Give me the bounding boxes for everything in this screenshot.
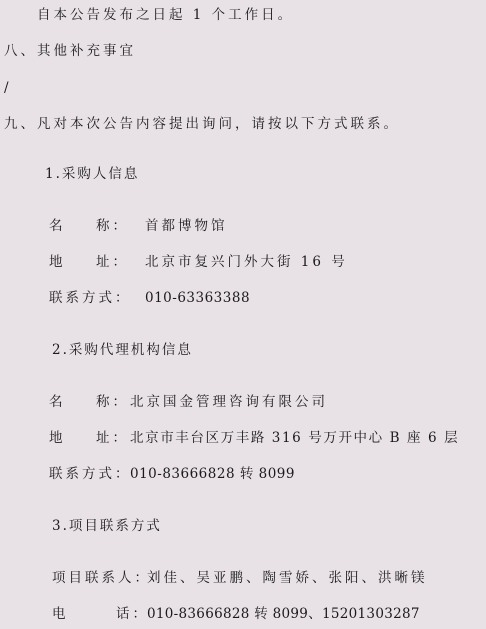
agency-address-label-a: 地 [49,428,96,448]
agency-address-row: 地址：北京市丰台区万丰路 316 号万开中心 B 座 6 层 [49,428,459,448]
agency-name-value: 北京国金管理咨询有限公司 [130,392,328,412]
agency-address-label-b: 址： [96,428,130,448]
purchaser-name-label-a: 名 [49,216,96,236]
project-phone-row: 电话：010-83666828 转 8099、15201303287 [52,604,420,624]
agency-name-label-b: 称： [96,392,130,412]
section-8-heading: 八、其他补充事宜 [4,41,136,61]
agency-address-value: 北京市丰台区万丰路 316 号万开中心 B 座 6 层 [130,428,459,448]
purchaser-contact-label: 联系方式： [49,288,145,308]
agency-contact-value: 010-83666828 转 8099 [130,464,295,484]
section-9-heading: 九、凡对本次公告内容提出询问，请按以下方式联系。 [4,114,400,134]
project-persons-label: 项目联系人： [52,568,147,588]
purchaser-contact-row: 联系方式：010-63363388 [49,288,250,308]
project-phone-label-b: 话： [116,604,147,624]
purchaser-name-label-b: 称： [96,216,145,236]
agency-contact-label: 联系方式： [49,464,130,484]
section-8-content: / [4,78,9,98]
project-contact-title: 3.项目联系方式 [52,516,162,536]
purchaser-address-label-b: 址： [96,252,145,272]
project-phone-label-a: 电 [52,604,116,624]
purchaser-name-row: 名称：首都博物馆 [49,216,228,236]
agency-contact-row: 联系方式：010-83666828 转 8099 [49,464,295,484]
project-persons-row: 项目联系人：刘佳、吴亚鹏、陶雪娇、张阳、洪晰镁 [52,568,428,588]
purchaser-contact-value: 010-63363388 [145,288,250,308]
purchaser-address-label-a: 地 [49,252,96,272]
purchaser-info-title: 1.采购人信息 [45,164,139,184]
purchaser-address-row: 地址：北京市复兴门外大街 16 号 [49,252,348,272]
project-phone-value: 010-83666828 转 8099、15201303287 [147,604,420,624]
agency-name-row: 名称：北京国金管理咨询有限公司 [49,392,328,412]
agency-info-title: 2.采购代理机构信息 [52,340,193,360]
purchaser-name-value: 首都博物馆 [145,216,228,236]
purchaser-address-value: 北京市复兴门外大街 16 号 [145,252,348,272]
project-persons-value: 刘佳、吴亚鹏、陶雪娇、张阳、洪晰镁 [147,568,428,588]
agency-name-label-a: 名 [49,392,96,412]
intro-line: 自本公告发布之日起 1 个工作日。 [37,5,294,25]
